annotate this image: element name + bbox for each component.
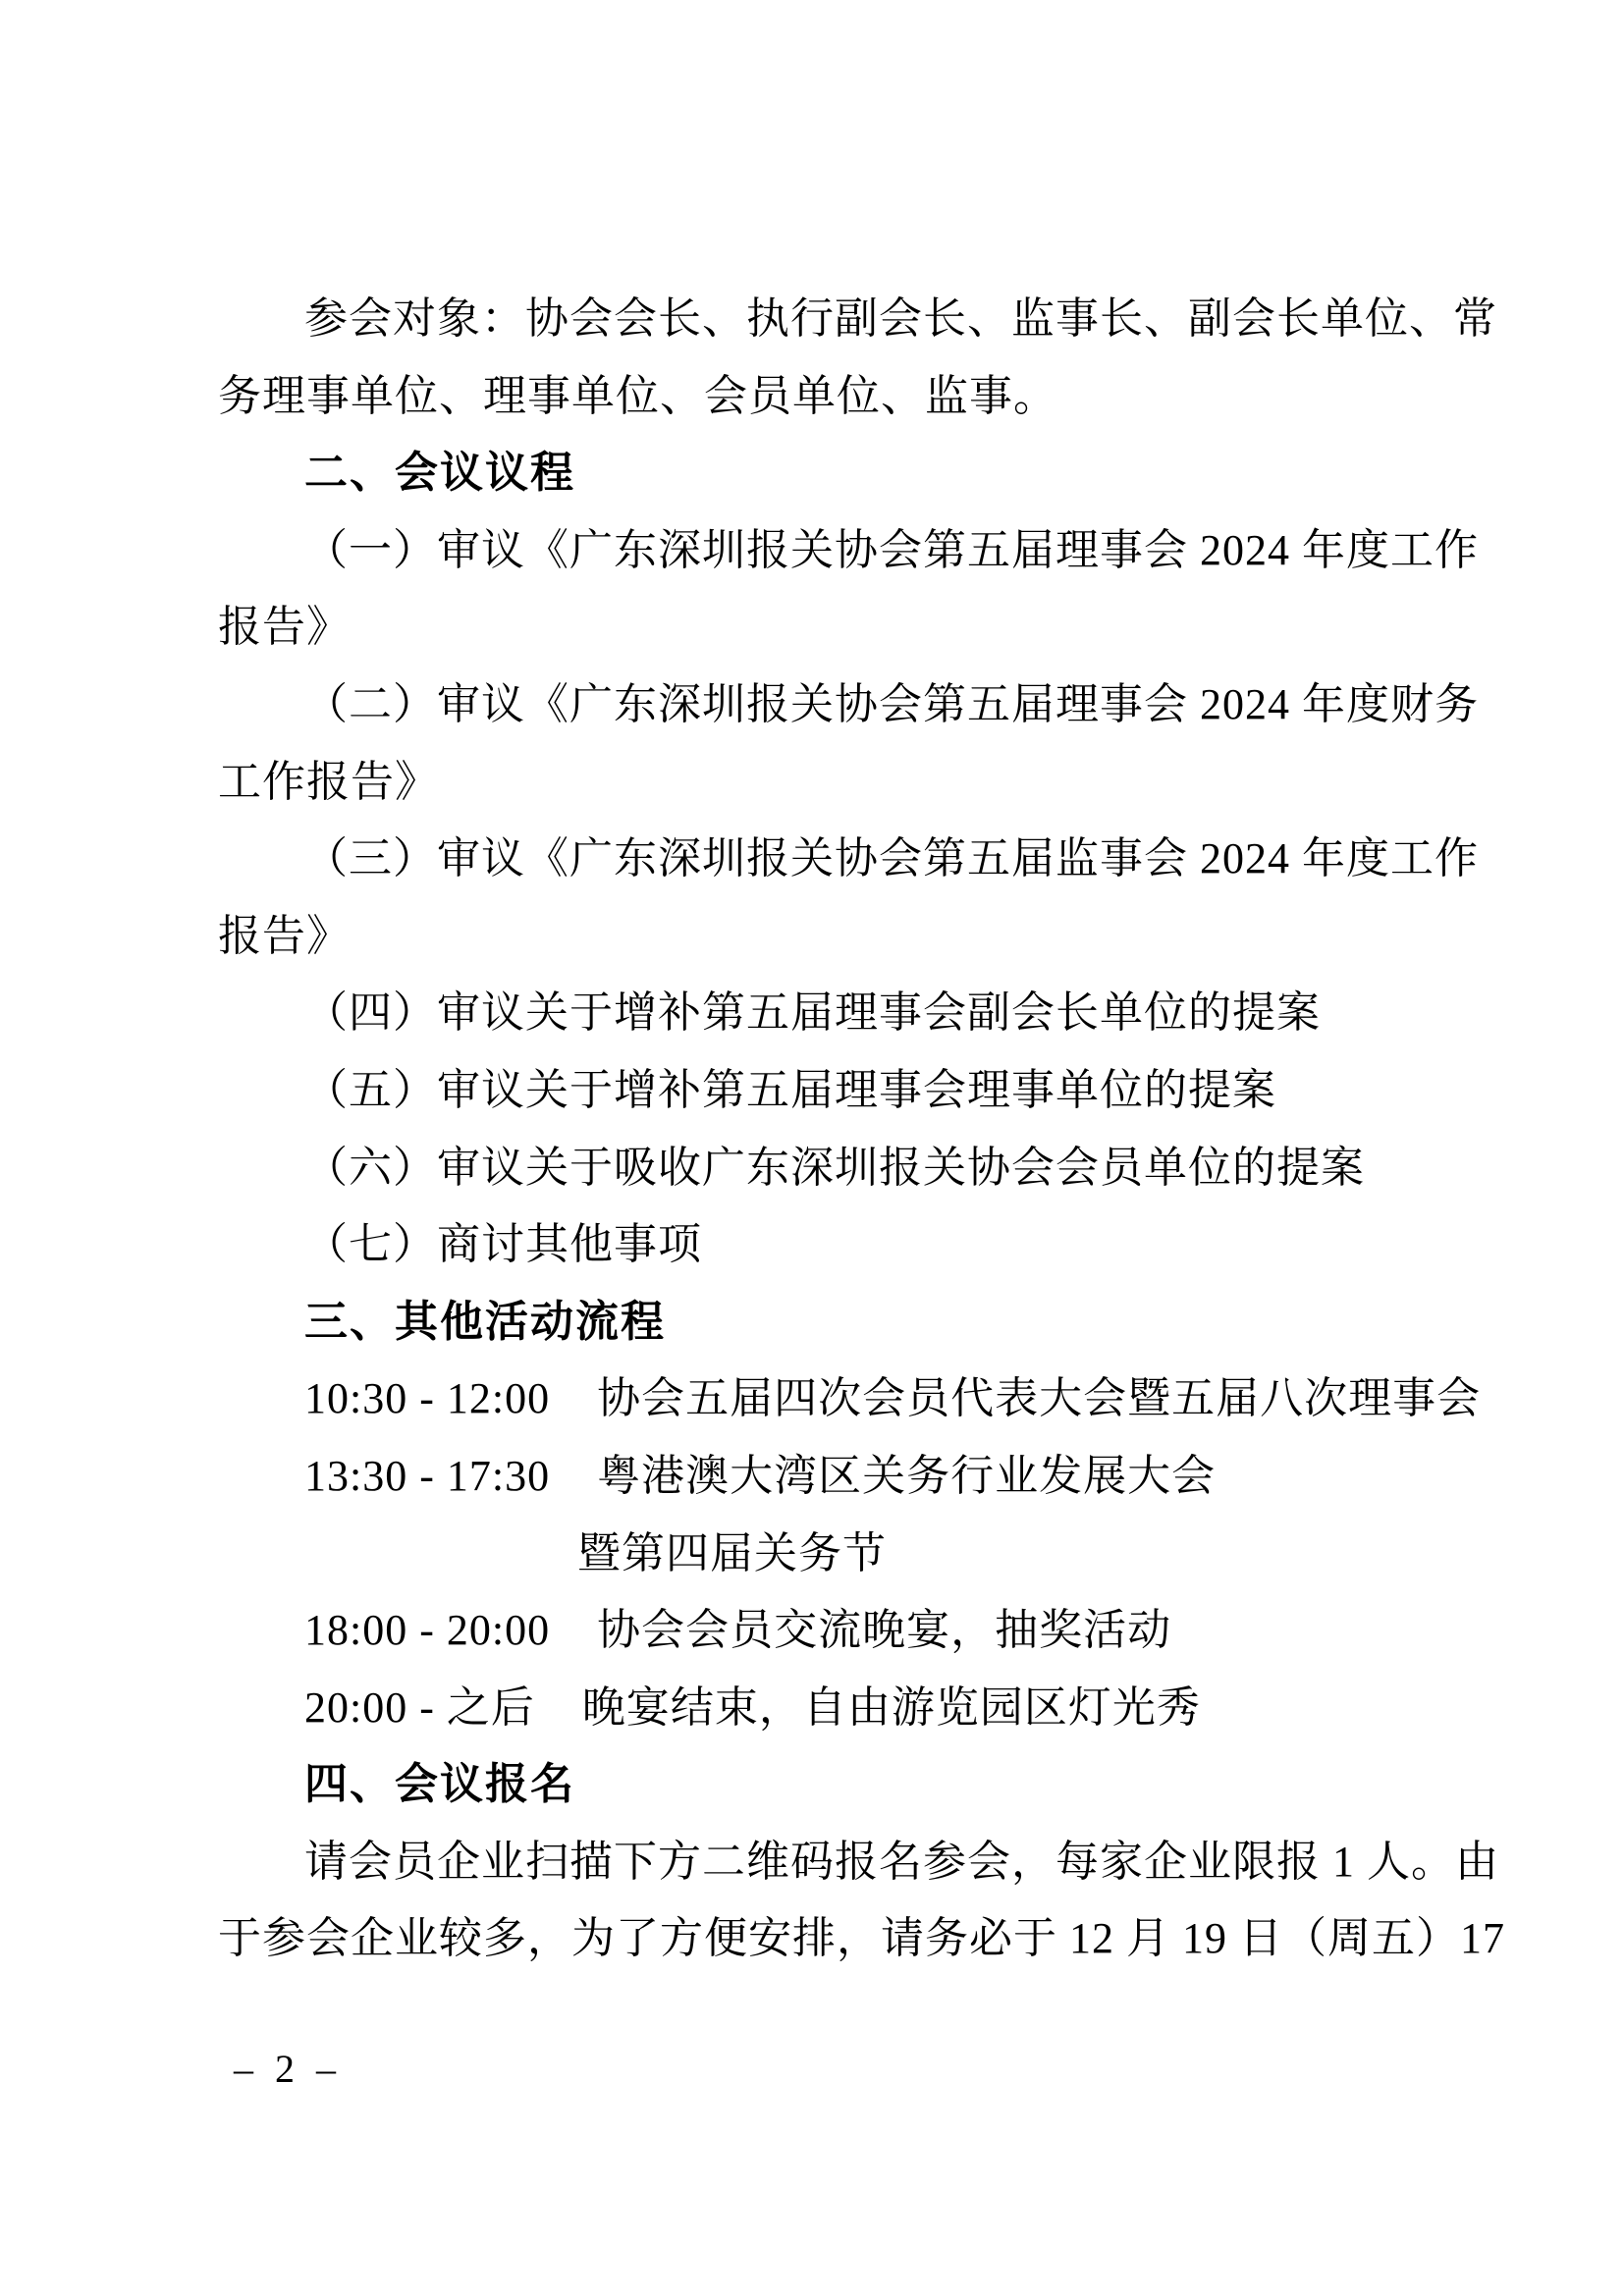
page-number: – 2 – xyxy=(234,2044,342,2095)
attendees-paragraph-line-1: 参会对象：协会会长、执行副会长、监事长、副会长单位、常 xyxy=(218,281,1455,358)
schedule-time: 18:00 - 20:00 xyxy=(304,1592,550,1670)
schedule-time: 13:30 - 17:30 xyxy=(304,1438,550,1516)
schedule-time: 10:30 - 12:00 xyxy=(304,1361,550,1438)
schedule-row: 20:00 - 之后 晚宴结束，自由游览园区灯光秀 xyxy=(218,1670,1455,1747)
schedule-desc: 晚宴结束，自由游览园区灯光秀 xyxy=(582,1670,1201,1747)
agenda-item-6: （六）审议关于吸收广东深圳报关协会会员单位的提案 xyxy=(218,1130,1455,1207)
agenda-item-4: （四）审议关于增补第五届理事会副会长单位的提案 xyxy=(218,975,1455,1052)
agenda-item-2-line-1: （二）审议《广东深圳报关协会第五届理事会 2024 年度财务 xyxy=(218,667,1455,744)
document-content: 参会对象：协会会长、执行副会长、监事长、副会长单位、常 务理事单位、理事单位、会… xyxy=(218,281,1455,1978)
agenda-section-heading: 二、会议议程 xyxy=(218,435,1455,512)
schedule-desc: 粤港澳大湾区关务行业发展大会 xyxy=(597,1438,1216,1516)
agenda-item-1-line-1: （一）审议《广东深圳报关协会第五届理事会 2024 年度工作 xyxy=(218,512,1455,590)
activities-section-heading: 三、其他活动流程 xyxy=(218,1284,1455,1362)
schedule-row: 13:30 - 17:30 粤港澳大湾区关务行业发展大会 xyxy=(218,1438,1455,1516)
agenda-item-3-line-1: （三）审议《广东深圳报关协会第五届监事会 2024 年度工作 xyxy=(218,821,1455,898)
agenda-item-1-line-2: 报告》 xyxy=(218,589,1455,667)
agenda-item-7: （七）商讨其他事项 xyxy=(218,1206,1455,1284)
agenda-item-5: （五）审议关于增补第五届理事会理事单位的提案 xyxy=(218,1052,1455,1130)
schedule-row: 18:00 - 20:00 协会会员交流晚宴，抽奖活动 xyxy=(218,1592,1455,1670)
registration-section-heading: 四、会议报名 xyxy=(218,1746,1455,1824)
document-page: 参会对象：协会会长、执行副会长、监事长、副会长单位、常 务理事单位、理事单位、会… xyxy=(0,0,1624,2296)
schedule-row-continuation: 暨第四届关务节 xyxy=(218,1516,1455,1593)
agenda-item-2-line-2: 工作报告》 xyxy=(218,744,1455,822)
agenda-item-3-line-2: 报告》 xyxy=(218,898,1455,976)
schedule-time xyxy=(304,1516,530,1593)
schedule-time: 20:00 - 之后 xyxy=(304,1670,535,1747)
registration-paragraph-line-1: 请会员企业扫描下方二维码报名参会，每家企业限报 1 人。由 xyxy=(218,1824,1455,1901)
schedule-desc: 暨第四届关务节 xyxy=(577,1516,887,1593)
schedule-row: 10:30 - 12:00 协会五届四次会员代表大会暨五届八次理事会 xyxy=(218,1361,1455,1438)
schedule-desc: 协会会员交流晚宴，抽奖活动 xyxy=(597,1592,1171,1670)
schedule-desc: 协会五届四次会员代表大会暨五届八次理事会 xyxy=(597,1361,1481,1438)
attendees-paragraph-line-2: 务理事单位、理事单位、会员单位、监事。 xyxy=(218,358,1455,436)
registration-paragraph-line-2: 于参会企业较多，为了方便安排，请务必于 12 月 19 日（周五）17 xyxy=(218,1900,1455,1978)
